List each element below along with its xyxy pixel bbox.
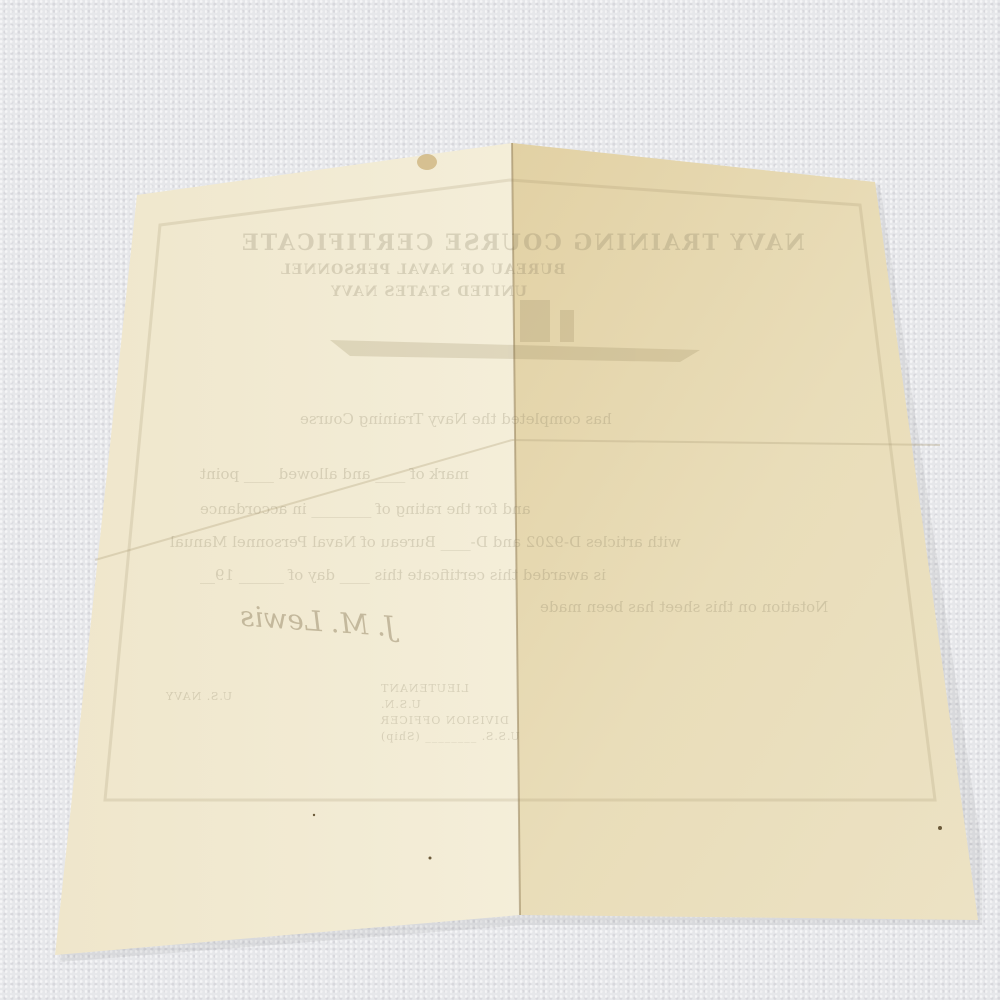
- paper-right-half: [512, 143, 978, 920]
- mirrored-footer-left: U.S. NAVY: [165, 690, 232, 703]
- mirrored-footer-line: DIVISION OFFICER: [380, 714, 509, 727]
- mirrored-body-line: has completed the Navy Training Course: [300, 410, 612, 428]
- mirrored-body-line: and for the rating of ________ in accord…: [200, 500, 531, 518]
- mirrored-subtitle-1: BUREAU OF NAVAL PERSONNEL: [280, 262, 566, 278]
- stain: [417, 154, 437, 170]
- mirrored-footer-line: U.S.N.: [380, 698, 421, 711]
- photo-scene: NAVY TRAINING COURSE CERTIFICATE BUREAU …: [0, 0, 1000, 1000]
- mirrored-footer-line: U.S.S. ________ (Ship): [380, 730, 520, 743]
- mirrored-body-line: is awarded this certificate this ____ da…: [200, 566, 606, 584]
- mirrored-body-line: Notation on this sheet has been made: [540, 598, 828, 616]
- mirrored-body-line: with articles D-9202 and D-____ Bureau o…: [170, 533, 681, 551]
- mirrored-subtitle-2: UNITED STATES NAVY: [330, 284, 527, 300]
- mirrored-footer-line: LIEUTENANT: [380, 682, 469, 695]
- mirrored-body-line: mark of ____ and allowed ____ point: [200, 465, 469, 483]
- mirrored-title: NAVY TRAINING COURSE CERTIFICATE: [240, 230, 805, 256]
